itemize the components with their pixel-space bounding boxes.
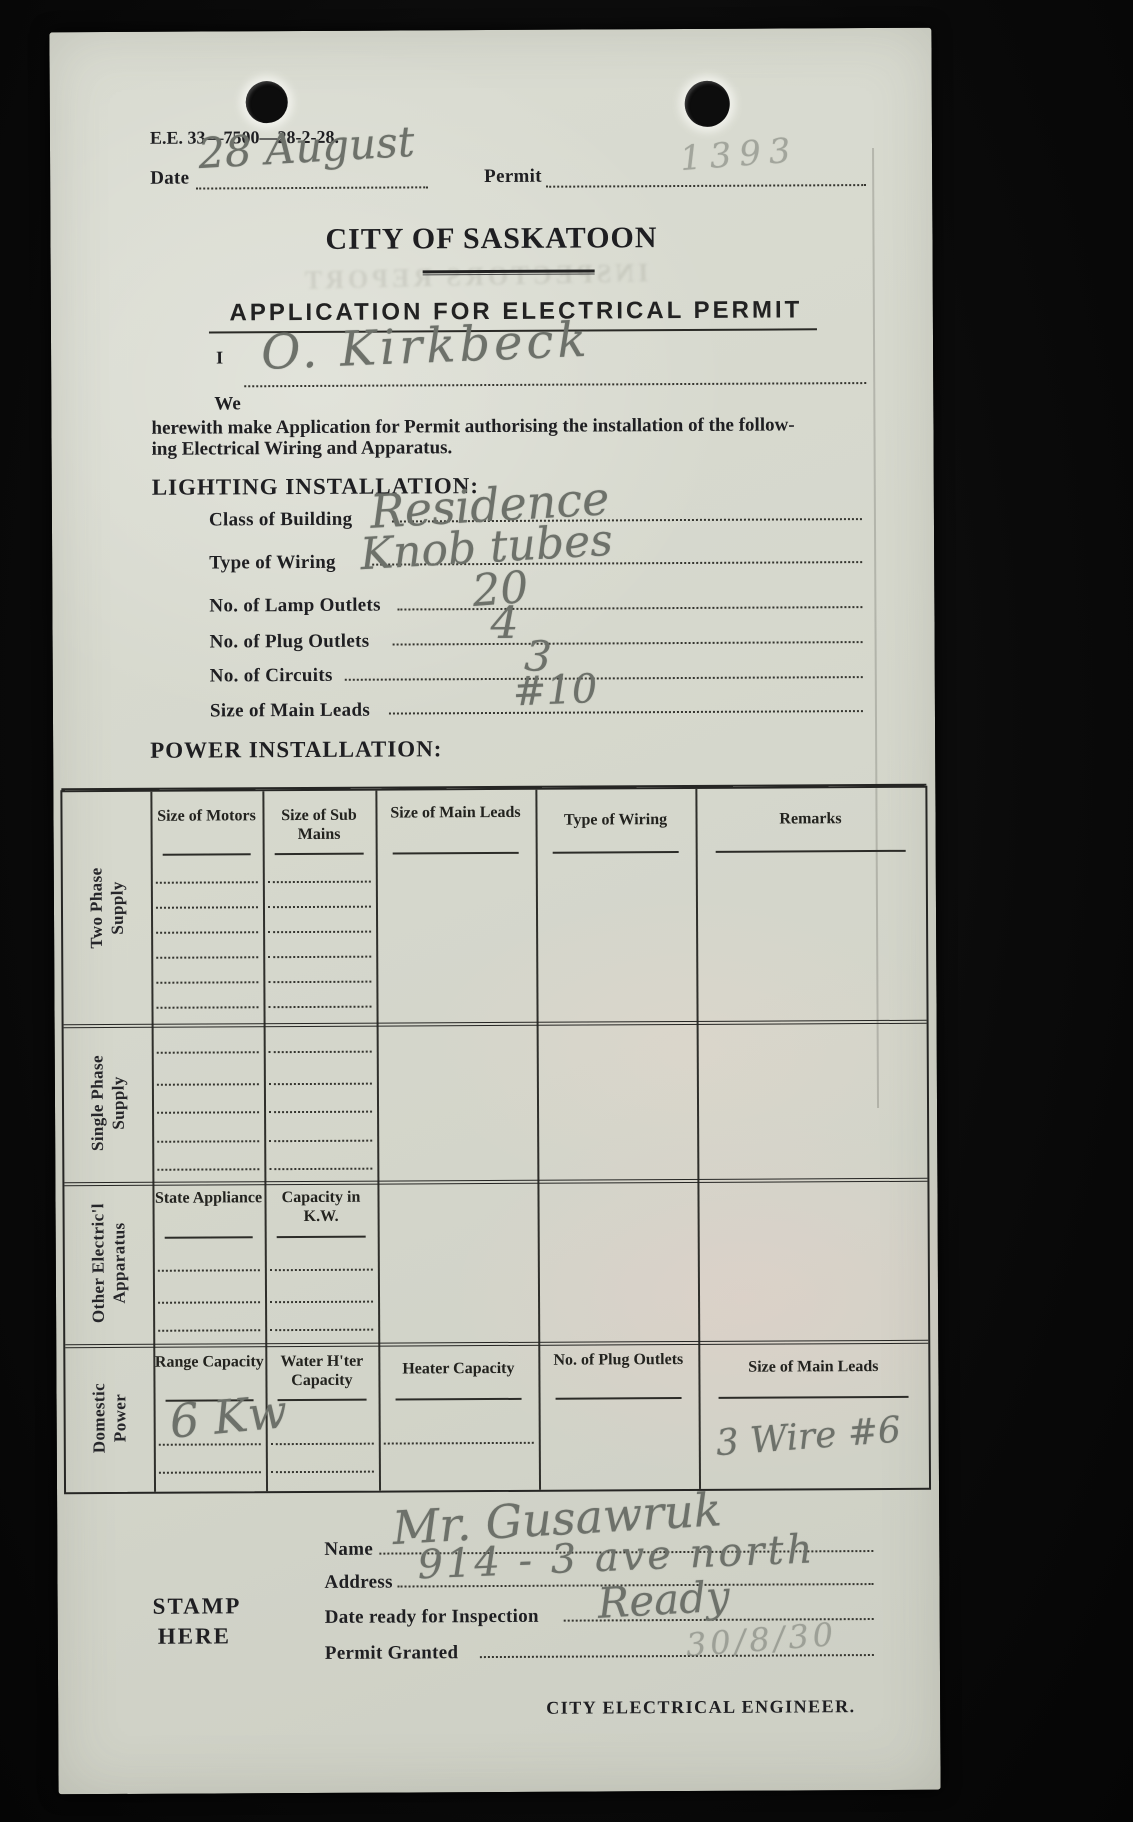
- fill-line: [156, 890, 258, 909]
- fill-line: [157, 1035, 259, 1054]
- signature-title: CITY ELECTRICAL ENGINEER.: [546, 1696, 856, 1719]
- col-header-size-of-motors: Size of Motors: [150, 807, 262, 826]
- fill-line: [384, 1426, 534, 1445]
- footer-permit-granted-handwriting: 30/8/30: [685, 1615, 839, 1664]
- fill-line: [268, 915, 371, 934]
- header-underline: [163, 853, 251, 855]
- table-row-separator: [65, 1340, 928, 1349]
- field-label-circuits: No. of Circuits: [210, 665, 333, 688]
- table-row-separator: [64, 1178, 927, 1187]
- header-underline: [553, 851, 679, 854]
- range-capacity-handwriting: 6 Kw: [167, 1384, 289, 1449]
- fill-line: [156, 915, 258, 934]
- fill-line: [268, 940, 371, 959]
- col-header-heater-capacity: Heater Capacity: [378, 1360, 538, 1380]
- fill-line: [158, 1313, 260, 1332]
- col-header-size-of-main-leads: Size of Main Leads: [375, 804, 535, 824]
- header-underline: [165, 1236, 253, 1238]
- fill-line: [269, 1152, 372, 1171]
- pronoun-we: We: [214, 393, 241, 415]
- fill-line: [156, 965, 258, 984]
- header-underline: [277, 1236, 366, 1238]
- fill-line: [156, 865, 258, 884]
- fill-line: [157, 1067, 259, 1086]
- permit-form-paper: INSPECTORS REPORT E.E. 33—7500—28-2-28. …: [49, 28, 940, 1795]
- fill-line: [158, 1285, 260, 1304]
- fill-line: [157, 1095, 259, 1114]
- fill-line: [270, 1313, 373, 1332]
- fill-line: [268, 990, 371, 1009]
- fill-line: [270, 1253, 373, 1272]
- domestic-main-leads-handwriting: 3 Wire #6: [714, 1409, 902, 1464]
- fill-line: [270, 1285, 373, 1304]
- header-underline: [278, 1399, 367, 1401]
- header-underline: [716, 850, 906, 853]
- fill-line: [269, 1067, 372, 1086]
- footer-label-date-ready: Date ready for Inspection: [325, 1606, 539, 1629]
- field-label-lamp-outlets: No. of Lamp Outlets: [209, 595, 381, 618]
- declaration-line1: herewith make Application for Permit aut…: [151, 414, 794, 439]
- header-underline: [719, 1396, 909, 1399]
- table-column-line: [695, 789, 701, 1489]
- fill-line: [271, 1455, 374, 1474]
- fill-line: [268, 865, 371, 884]
- fill-line: [157, 1152, 259, 1171]
- header-underline: [275, 853, 364, 855]
- fill-line: [156, 940, 258, 959]
- fill-line: [158, 1253, 260, 1272]
- row-group-single-phase-supply: Single Phase Supply: [86, 1041, 129, 1165]
- header-underline: [396, 1398, 522, 1401]
- photo-backdrop: { "header": { "form_code": "E.E. 33—7500…: [0, 0, 1133, 1822]
- table-column-line: [535, 790, 541, 1490]
- footer-label-name: Name: [324, 1539, 373, 1561]
- stamp-here-line1: STAMP: [153, 1593, 242, 1619]
- col-header-domestic-main-leads: Size of Main Leads: [698, 1358, 928, 1378]
- table-row-separator: [64, 1020, 927, 1029]
- main-leads-handwriting: #10: [512, 666, 598, 715]
- punch-hole-left: [246, 81, 288, 123]
- col-header-range-capacity: Range Capacity: [153, 1353, 265, 1372]
- bleedthrough-text: INSPECTORS REPORT: [300, 258, 648, 296]
- fill-line: [268, 890, 371, 909]
- col-header-capacity-kw: Capacity in K.W.: [264, 1189, 377, 1227]
- field-line: [345, 648, 863, 681]
- declaration-line2: ing Electrical Wiring and Apparatus.: [152, 437, 453, 461]
- row-group-other-electrical-apparatus: Other Electric'l Apparatus: [87, 1188, 130, 1338]
- fill-line: [159, 1455, 261, 1474]
- fill-line: [269, 1035, 372, 1054]
- pronoun-i: I: [216, 347, 223, 368]
- col-header-domestic-plug-outlets: No. of Plug Outlets: [538, 1351, 698, 1371]
- row-group-domestic-power: Domestic Power: [88, 1368, 131, 1468]
- col-header-state-appliance: State Appliance: [152, 1189, 264, 1208]
- punch-hole-right: [685, 81, 730, 127]
- col-header-size-of-sub-mains: Size of Sub Mains: [262, 807, 375, 845]
- field-label-type-of-wiring: Type of Wiring: [209, 552, 336, 575]
- power-heading: POWER INSTALLATION:: [150, 736, 442, 764]
- header-underline: [556, 1397, 682, 1400]
- footer-date-ready-handwriting: Ready: [596, 1571, 731, 1628]
- footer-label-address: Address: [324, 1572, 392, 1594]
- plug-outlets-handwriting: 4: [490, 598, 518, 649]
- field-line: [392, 613, 862, 645]
- fill-line: [269, 1095, 372, 1114]
- row-group-two-phase-supply: Two Phase Supply: [85, 852, 128, 964]
- field-line: [397, 578, 862, 610]
- fill-line: [157, 1124, 259, 1143]
- col-header-remarks: Remarks: [695, 810, 925, 830]
- header-underline: [393, 852, 519, 855]
- fill-line: [268, 965, 371, 984]
- stamp-here-line2: HERE: [158, 1623, 231, 1649]
- footer-label-permit-granted: Permit Granted: [325, 1642, 459, 1665]
- fill-line: [156, 990, 258, 1009]
- field-label-class-of-building: Class of Building: [209, 509, 353, 532]
- field-line: [389, 682, 863, 714]
- date-label: Date: [150, 168, 189, 190]
- permit-label: Permit: [484, 166, 542, 188]
- field-label-main-leads: Size of Main Leads: [210, 700, 370, 723]
- col-header-type-of-wiring: Type of Wiring: [535, 811, 695, 831]
- power-installation-table: Two Phase Supply Single Phase Supply Oth…: [60, 786, 931, 1495]
- page-title: CITY OF SASKATOON: [50, 220, 932, 259]
- fill-line: [269, 1124, 372, 1143]
